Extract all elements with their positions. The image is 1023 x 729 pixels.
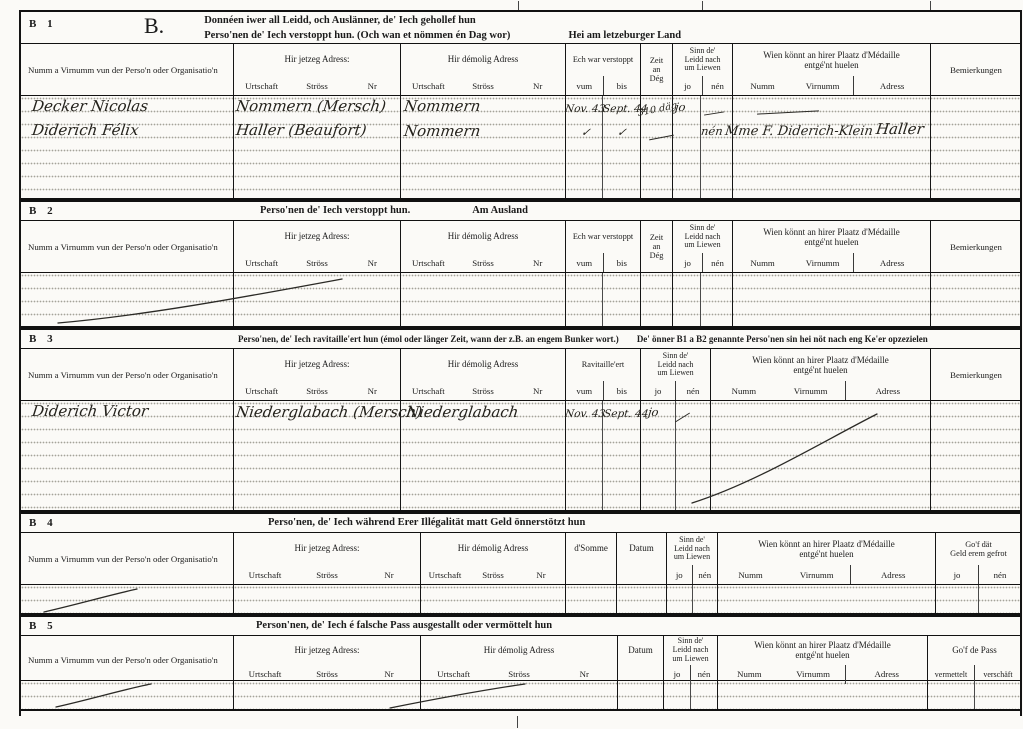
- jetzeg-adress-label: Hir jetzeg Adress:: [234, 636, 420, 665]
- bis-label: bis: [603, 76, 641, 95]
- section-b1: B 1 B. Donnéen iwer all Leidd, och Auslä…: [20, 10, 1021, 200]
- urtschaft-label: Urtschaft: [401, 76, 456, 95]
- b4-title-band: B 4 Perso'nen, de' Iech während Erer Ill…: [20, 512, 1021, 533]
- body-cell: [974, 681, 1021, 709]
- handwritten-demolig: Niederglabach: [405, 405, 519, 420]
- zeit-label: Dég: [650, 74, 664, 83]
- adress-label: Adress: [853, 253, 930, 272]
- demolig-adress-label: Hir démolig Adress: [401, 221, 565, 253]
- body-cell: [717, 681, 927, 709]
- vum-label: vum: [566, 253, 603, 272]
- name-column-label: Numm a Virnumm vun der Perso'n oder Orga…: [20, 533, 233, 584]
- b5-header-sinn: Sinn de' Leidd nach um Liewen jo nén: [663, 636, 717, 684]
- b2-section-label: B 2: [20, 205, 138, 217]
- somme-label: d'Somme: [566, 533, 616, 565]
- b3-body: Diderich Victor Niederglabach (Mersch) N…: [20, 401, 1021, 512]
- nr-label: Nr: [517, 565, 565, 584]
- nr-label: Nr: [345, 253, 400, 272]
- b3-title: Perso'nen, de' Iech ravitaille'ert hun (…: [238, 333, 619, 346]
- top-rule-tick: [518, 1, 519, 10]
- b4-header-gof-geld: Go'f dät Geld erem gefrot jo nén: [935, 533, 1021, 584]
- stross-label: Ströss: [469, 565, 517, 584]
- urtschaft-label: Urtschaft: [401, 253, 456, 272]
- urtschaft-label: Urtschaft: [401, 381, 456, 400]
- b3-header-name: Numm a Virnumm vun der Perso'n oder Orga…: [20, 349, 233, 400]
- body-cell: [233, 681, 420, 709]
- demolig-adress-label: Hir démolig Adress: [421, 533, 565, 565]
- gof-geld-label-line2: Geld erem gefrot: [950, 549, 1007, 558]
- handwritten-bis: Sept. 44: [603, 409, 649, 420]
- body-cell: [710, 401, 930, 510]
- b4-body: [20, 585, 1021, 615]
- numm-label: Numm: [718, 565, 783, 584]
- section-b2: B 2 Perso'nen de' Iech verstoppt hun. Am…: [20, 200, 1021, 328]
- b1-header-jetzeg-adress: Hir jetzeg Adress: Urtschaft Ströss Nr: [233, 44, 400, 95]
- nen-label: nén: [692, 565, 718, 584]
- jetzeg-adress-label: Hir jetzeg Adress:: [234, 349, 400, 381]
- b2-header-bemierkungen: Bemierkungen: [930, 221, 1021, 272]
- medaille-label-line1: Wien könnt an hirer Plaatz d'Médaille: [763, 50, 899, 60]
- ditto-check-mark: ✓: [580, 127, 591, 139]
- body-cell: [602, 273, 640, 326]
- b4-header-demolig-adress: Hir démolig Adress Urtschaft Ströss Nr: [420, 533, 565, 584]
- sinn-label: um Liewen: [674, 553, 710, 562]
- body-cell: [233, 273, 400, 326]
- body-cell: [20, 681, 233, 709]
- datum-label: Datum: [618, 636, 663, 665]
- name-column-label: Numm a Virnumm vun der Perso'n oder Orga…: [20, 44, 233, 95]
- jetzeg-adress-label: Hir jetzeg Adress:: [234, 221, 400, 253]
- body-cell: [20, 585, 233, 613]
- handwritten-medaille-name: Mme F. Diderich-Klein: [724, 125, 873, 138]
- b2-title: Perso'nen de' Iech verstoppt hun.: [260, 204, 410, 219]
- sinn-label: um Liewen: [672, 655, 708, 664]
- stross-label: Ströss: [456, 76, 511, 95]
- b2-header-jetzeg-adress: Hir jetzeg Adress: Urtschaft Ströss Nr: [233, 221, 400, 272]
- section-b4: B 4 Perso'nen, de' Iech während Erer Ill…: [20, 512, 1021, 615]
- body-cell: [400, 273, 565, 326]
- b1-title-line1: Donnéen iwer all Leidd, och Auslänner, d…: [204, 14, 681, 29]
- handwritten-demolig: Nommern: [403, 99, 481, 114]
- b4-header-jetzeg-adress: Hir jetzeg Adress: Urtschaft Ströss Nr: [233, 533, 420, 584]
- b1-header-name: Numm a Virnumm vun der Perso'n oder Orga…: [20, 44, 233, 95]
- handwritten-demolig: Nommern: [403, 124, 481, 139]
- nen-label: nén: [675, 381, 710, 400]
- b2-title-band: B 2 Perso'nen de' Iech verstoppt hun. Am…: [20, 200, 1021, 221]
- b5-header-demolig-adress: Hir démolig Adress Urtschaft Ströss Nr: [420, 636, 617, 684]
- medaille-label-line1: Wien könnt an hirer Plaatz d'Médaille: [763, 227, 899, 237]
- vum-label: vum: [566, 76, 603, 95]
- handwritten-nen: nén: [700, 126, 723, 138]
- b3-header-medaille: Wien könnt an hirer Plaatz d'Médaille en…: [710, 349, 930, 400]
- virnumm-label: Virnumm: [777, 381, 845, 400]
- urtschaft-label: Urtschaft: [234, 76, 289, 95]
- top-rule-tick: [702, 1, 703, 10]
- b5-header-jetzeg-adress: Hir jetzeg Adress: Urtschaft Ströss Nr: [233, 636, 420, 684]
- b2-column-headers: Numm a Virnumm vun der Perso'n oder Orga…: [20, 221, 1021, 273]
- handwritten-jetzeg: Niederglabach (Mersch): [235, 405, 423, 420]
- b3-header-sinn: Sinn de' Leidd nach um Liewen jo nén: [640, 349, 710, 400]
- demolig-adress-label: Hir démolig Adress: [421, 636, 617, 665]
- body-cell: [930, 273, 1021, 326]
- body-cell: [565, 585, 616, 613]
- name-column-label: Numm a Virnumm vun der Perso'n oder Orga…: [20, 221, 233, 272]
- b5-section-label: B 5: [20, 620, 138, 632]
- gof-geld-label-line1: Go'f dät: [965, 540, 992, 549]
- b5-column-headers: Numm a Virnumm vun der Perso'n oder Orga…: [20, 636, 1021, 681]
- numm-label: Numm: [733, 76, 792, 95]
- medaille-label-line2: entgé'nt huelen: [799, 549, 853, 559]
- zeit-label: Zeit: [650, 56, 663, 65]
- b1-body: Decker Nicolas Nommern (Mersch) Nommern …: [20, 96, 1021, 200]
- zeit-label: Dég: [650, 251, 664, 260]
- b3-header-demolig-adress: Hir démolig Adress Urtschaft Ströss Nr: [400, 349, 565, 400]
- bemierkungen-label: Bemierkungen: [931, 349, 1021, 400]
- nr-label: Nr: [358, 565, 420, 584]
- adress-label: Adress: [845, 381, 930, 400]
- handwritten-jo: jo: [674, 102, 686, 114]
- b5-header-medaille: Wien könnt an hirer Plaatz d'Médaille en…: [717, 636, 927, 684]
- b5-header-name: Numm a Virnumm vun der Perso'n oder Orga…: [20, 636, 233, 684]
- b2-header-demolig-adress: Hir démolig Adress Urtschaft Ströss Nr: [400, 221, 565, 272]
- handwritten-vum: Nov. 43: [564, 409, 606, 420]
- b3-header-jetzeg-adress: Hir jetzeg Adress: Urtschaft Ströss Nr: [233, 349, 400, 400]
- nen-label: nén: [702, 76, 732, 95]
- body-cell: [700, 273, 732, 326]
- body-cell: [616, 585, 666, 613]
- b1-location-label: Hei am letzeburger Land: [568, 29, 681, 44]
- demolig-adress-label: Hir démolig Adress: [401, 44, 565, 76]
- body-cell: [690, 681, 717, 709]
- nr-label: Nr: [510, 253, 565, 272]
- handwritten-vum: Nov. 43: [564, 104, 606, 115]
- handwritten-name: Diderich Félix: [31, 123, 139, 138]
- b1-header-medaille: Wien könnt an hirer Plaatz d'Médaille en…: [732, 44, 930, 95]
- bottom-rule-tick: [517, 716, 518, 728]
- urtschaft-label: Urtschaft: [234, 253, 289, 272]
- b1-title-block: Donnéen iwer all Leidd, och Auslänner, d…: [204, 14, 681, 43]
- body-cell: [617, 681, 663, 709]
- handwritten-medaille-adress: Haller: [875, 122, 925, 137]
- jo-label: jo: [667, 565, 692, 584]
- verstoppt-label: Ech war verstoppt: [566, 44, 640, 76]
- b2-header-zeit: Zeit an Dég: [640, 221, 672, 272]
- b3-header-bemierkungen: Bemierkungen: [930, 349, 1021, 400]
- b1-title-line2: Perso'nen de' Iech verstoppt hun. (Och w…: [204, 29, 510, 44]
- nr-label: Nr: [510, 381, 565, 400]
- zeit-label: an: [653, 65, 661, 74]
- b1-section-label: B 1: [20, 18, 138, 30]
- b5-body: [20, 681, 1021, 711]
- verstoppt-label: Ech war verstoppt: [566, 221, 640, 253]
- medaille-label-line2: entgé'nt huelen: [804, 60, 858, 70]
- b2-location-label: Am Ausland: [472, 204, 528, 219]
- stross-label: Ströss: [289, 76, 344, 95]
- b4-header-datum: Datum: [616, 533, 666, 584]
- body-cell: [666, 585, 692, 613]
- jetzeg-adress-label: Hir jetzeg Adress:: [234, 44, 400, 76]
- stross-label: Ströss: [296, 565, 358, 584]
- b2-header-verstoppt: Ech war verstoppt vum bis: [565, 221, 640, 272]
- virnumm-label: Virnumm: [783, 565, 850, 584]
- b4-header-medaille: Wien könnt an hirer Plaatz d'Médaille en…: [717, 533, 935, 584]
- handwritten-name: Decker Nicolas: [31, 99, 149, 114]
- handwritten-jetzeg: Haller (Beaufort): [235, 123, 367, 138]
- body-cell: [930, 96, 1021, 198]
- ditto-check-mark: ✓: [616, 127, 627, 139]
- body-cell: [672, 273, 700, 326]
- b2-body: [20, 273, 1021, 328]
- handwritten-jetzeg: Nommern (Mersch): [235, 99, 387, 114]
- medaille-label-line1: Wien könnt an hirer Plaatz d'Médaille: [752, 355, 888, 365]
- zeit-label: Zeit: [650, 233, 663, 242]
- b1-header-verstoppt: Ech war verstoppt vum bis: [565, 44, 640, 95]
- b4-title: Perso'nen, de' Iech während Erer Illégal…: [268, 516, 585, 531]
- b4-header-somme: d'Somme: [565, 533, 616, 584]
- b5-header-datum: Datum: [617, 636, 663, 684]
- body-cell: [700, 96, 732, 198]
- b4-header-sinn: Sinn de' Leidd nach um Liewen jo nén: [666, 533, 717, 584]
- b5-title: Person'nen, de' Iech é falsche Pass ausg…: [256, 619, 552, 634]
- b2-header-name: Numm a Virnumm vun der Perso'n oder Orga…: [20, 221, 233, 272]
- bis-label: bis: [603, 253, 641, 272]
- urtschaft-label: Urtschaft: [234, 565, 296, 584]
- questionnaire-form: B 1 B. Donnéen iwer all Leidd, och Auslä…: [20, 10, 1021, 716]
- numm-label: Numm: [733, 253, 792, 272]
- body-cell: [692, 585, 717, 613]
- scanned-form-page: B 1 B. Donnéen iwer all Leidd, och Auslä…: [0, 0, 1023, 729]
- nr-label: Nr: [345, 381, 400, 400]
- b3-column-headers: Numm a Virnumm vun der Perso'n oder Orga…: [20, 349, 1021, 401]
- datum-label: Datum: [617, 533, 666, 565]
- adress-label: Adress: [850, 565, 935, 584]
- b5-title-band: B 5 Person'nen, de' Iech é falsche Pass …: [20, 615, 1021, 636]
- b1-header-bemierkungen: Bemierkungen: [930, 44, 1021, 95]
- handwritten-jo: jo: [647, 407, 659, 419]
- form-right-border: [1020, 10, 1022, 716]
- bis-label: bis: [603, 381, 641, 400]
- b2-header-medaille: Wien könnt an hirer Plaatz d'Médaille en…: [732, 221, 930, 272]
- section-b3: B 3 Perso'nen, de' Iech ravitaille'ert h…: [20, 328, 1021, 512]
- b4-column-headers: Numm a Virnumm vun der Perso'n oder Orga…: [20, 533, 1021, 585]
- top-rule-tick: [930, 1, 931, 10]
- stross-label: Ströss: [456, 381, 511, 400]
- urtschaft-label: Urtschaft: [234, 381, 289, 400]
- vum-label: vum: [566, 381, 603, 400]
- nen-label: nén: [702, 253, 732, 272]
- nr-label: Nr: [345, 76, 400, 95]
- b1-title-band: B 1 B. Donnéen iwer all Leidd, och Auslä…: [20, 10, 1021, 44]
- b1-column-headers: Numm a Virnumm vun der Perso'n oder Orga…: [20, 44, 1021, 96]
- medaille-label-line1: Wien könnt an hirer Plaatz d'Médaille: [754, 640, 890, 650]
- body-cell: [732, 96, 930, 198]
- body-cell: [20, 273, 233, 326]
- sinn-label: um Liewen: [684, 64, 720, 73]
- medaille-label-line2: entgé'nt huelen: [795, 650, 849, 660]
- body-cell: [420, 681, 617, 709]
- nr-label: Nr: [510, 76, 565, 95]
- b4-section-label: B 4: [20, 517, 138, 529]
- bemierkungen-label: Bemierkungen: [931, 221, 1021, 272]
- b3-title-band: B 3 Perso'nen, de' Iech ravitaille'ert h…: [20, 328, 1021, 349]
- virnumm-label: Virnumm: [792, 253, 853, 272]
- b1-header-sinn: Sinn de' Leidd nach um Liewen jo nén: [672, 44, 732, 95]
- jo-label: jo: [673, 253, 702, 272]
- body-cell: [930, 401, 1021, 510]
- b5-header-gof-pass: Go'f de Pass vermettelt verschäft: [927, 636, 1021, 684]
- medaille-label-line2: entgé'nt huelen: [804, 237, 858, 247]
- adress-label: Adress: [853, 76, 930, 95]
- b3-section-label: B 3: [20, 333, 138, 345]
- section-b5: B 5 Person'nen, de' Iech é falsche Pass …: [20, 615, 1021, 711]
- demolig-adress-label: Hir démolig Adress: [401, 349, 565, 381]
- body-cell: [732, 273, 930, 326]
- ravitailleert-label: Ravitaille'ert: [566, 349, 640, 381]
- body-cell: [717, 585, 935, 613]
- b1-header-zeit: Zeit an Dég: [640, 44, 672, 95]
- body-cell: [640, 273, 672, 326]
- form-left-border: [19, 10, 21, 716]
- virnumm-label: Virnumm: [792, 76, 853, 95]
- jo-label: jo: [936, 565, 978, 584]
- sinn-label: um Liewen: [657, 369, 693, 378]
- sinn-label: um Liewen: [684, 241, 720, 250]
- stross-label: Ströss: [456, 253, 511, 272]
- bemierkungen-label: Bemierkungen: [931, 44, 1021, 95]
- stross-label: Ströss: [289, 381, 344, 400]
- medaille-label-line2: entgé'nt huelen: [793, 365, 847, 375]
- zeit-label: an: [653, 242, 661, 251]
- jo-label: jo: [641, 381, 675, 400]
- jo-label: jo: [673, 76, 702, 95]
- jetzeg-adress-label: Hir jetzeg Adress:: [234, 533, 420, 565]
- b4-header-name: Numm a Virnumm vun der Perso'n oder Orga…: [20, 533, 233, 584]
- handwritten-name: Diderich Victor: [31, 404, 149, 419]
- body-cell: [978, 585, 1021, 613]
- b1-header-demolig-adress: Hir démolig Adress Urtschaft Ströss Nr: [400, 44, 565, 95]
- body-cell: [935, 585, 978, 613]
- b3-header-ravitailleert: Ravitaille'ert vum bis: [565, 349, 640, 400]
- stross-label: Ströss: [289, 253, 344, 272]
- name-column-label: Numm a Virnumm vun der Perso'n oder Orga…: [20, 349, 233, 400]
- name-column-label: Numm a Virnumm vun der Perso'n oder Orga…: [20, 636, 233, 684]
- body-cell: [420, 585, 565, 613]
- body-cell: [565, 273, 602, 326]
- body-cell: [663, 681, 690, 709]
- body-cell: [927, 681, 974, 709]
- body-cell: [233, 585, 420, 613]
- b2-header-sinn: Sinn de' Leidd nach um Liewen jo nén: [672, 221, 732, 272]
- numm-label: Numm: [711, 381, 777, 400]
- b1-big-letter: B.: [144, 16, 164, 36]
- medaille-label-line1: Wien könnt an hirer Plaatz d'Médaille: [758, 539, 894, 549]
- gof-pass-label: Go'f de Pass: [928, 636, 1021, 665]
- urtschaft-label: Urtschaft: [421, 565, 469, 584]
- nen-label: nén: [978, 565, 1021, 584]
- b3-title-note: De' önner B1 a B2 genannte Perso'nen sin…: [637, 333, 928, 346]
